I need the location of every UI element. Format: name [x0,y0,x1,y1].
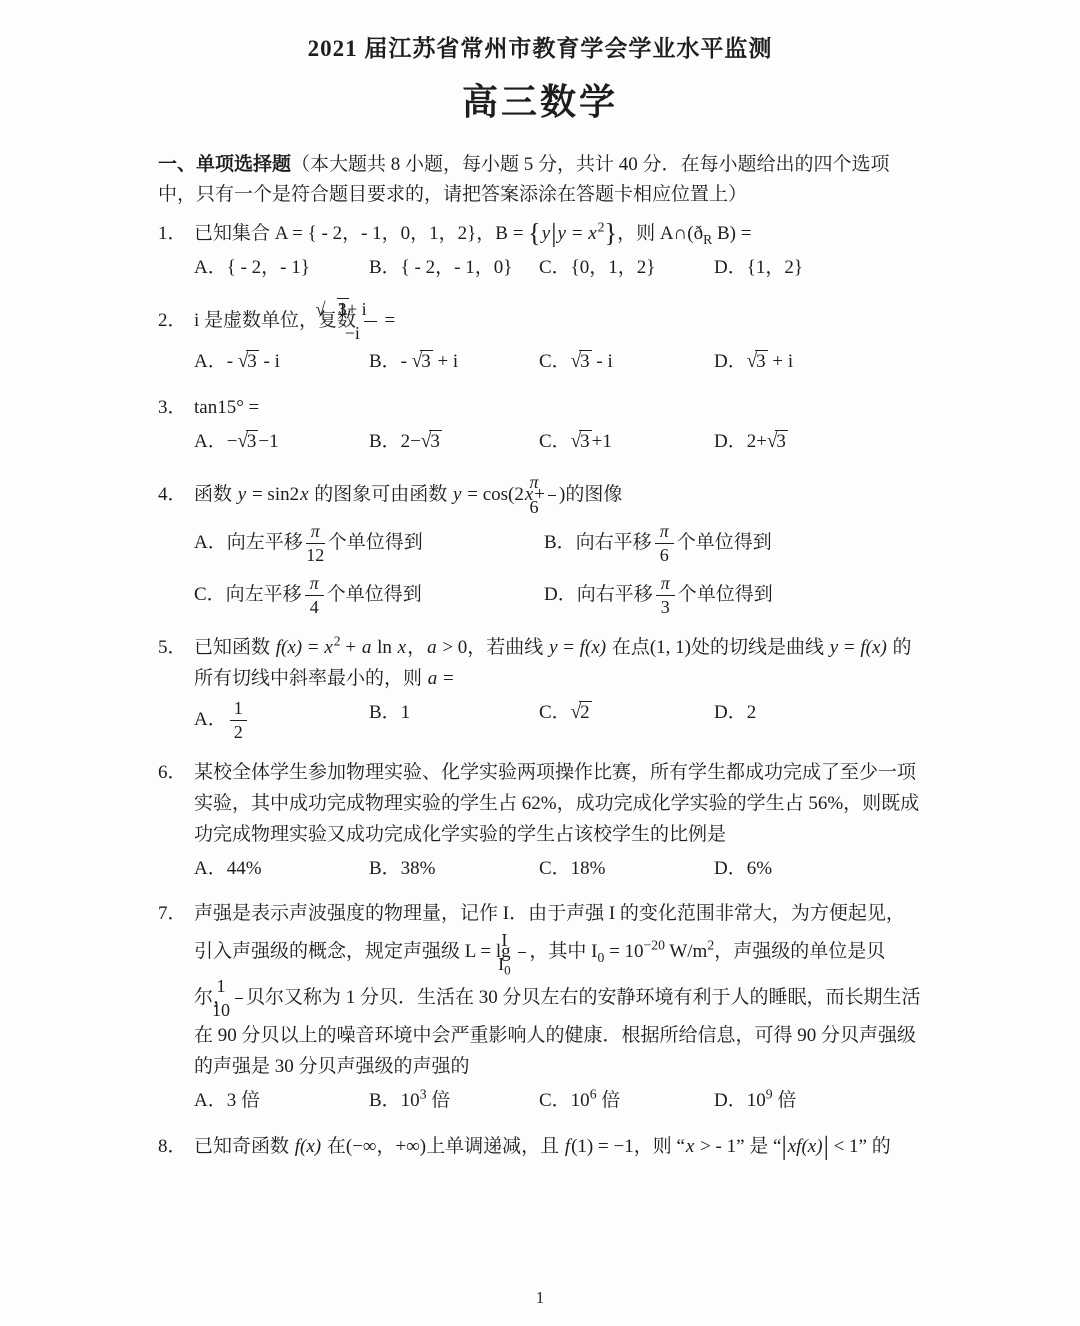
option-a: A．3 倍 [194,1086,369,1117]
question-3-options: A．−√3−1 B．2−√3 C．√3+1 D．2+√3 [158,427,922,458]
option-d: D．109 倍 [714,1086,922,1117]
question-number: 6． [158,758,194,789]
question-stem: 已知集合 A = { - 2，- 1，0，1，2}，B = {y|y = x2}… [194,223,751,244]
option-b: B．103 倍 [369,1086,539,1117]
option-c: C．√3+1 [539,427,714,458]
question-2-options: A．- √3 - i B．- √3 + i C．√3 - i D．√3 + i [158,347,922,378]
exam-paper-page: 2021 届江苏省常州市教育学会学业水平监测 高三数学 一、单项选择题（本大题共… [0,0,1080,1326]
option-b: B．1 [369,698,539,744]
option-d: D．{1，2} [714,253,922,284]
question-stem: 函数 y = sin2x 的图象可由函数 y = cos(2x+π6)的图像 [194,484,622,505]
question-6-stem-row: 6．某校全体学生参加物理实验、化学实验两项操作比赛，所有学生都成功完成了至少一项… [158,758,922,850]
exam-title: 2021 届江苏省常州市教育学会学业水平监测 [158,30,922,67]
option-c: C．{0，1，2} [539,253,714,284]
questions-list: 1．已知集合 A = { - 2，- 1，0，1，2}，B = {y|y = x… [158,219,922,1162]
option-b: B．38% [369,854,539,885]
question-number: 1． [158,219,194,250]
question-6-options: A．44% B．38% C．18% D．6% [158,854,922,885]
option-a: A．12 [194,698,369,744]
option-c: C．向左平移π4个单位得到 [194,573,544,619]
question-7-options: A．3 倍 B．103 倍 C．106 倍 D．109 倍 [158,1086,922,1117]
question-2-stem-row: 2．i 是虚数单位，复数 1+ √3i−i = [158,299,922,345]
option-a: A．向左平移π12个单位得到 [194,521,544,567]
page-number: 1 [536,1288,545,1307]
question-stem: 已知函数 f(x) = x2 + a ln x，a > 0，若曲线 y = f(… [194,637,912,689]
option-c: C．106 倍 [539,1086,714,1117]
section-heading: 一、单项选择题（本大题共 8 小题，每小题 5 分，共计 40 分．在每小题给出… [158,150,922,212]
question-stem: 声强是表示声波强度的物理量，记作 I．由于声强 I 的变化范围非常大，为方便起见… [194,903,921,1077]
option-c: C．√2 [539,698,714,744]
option-d: D．2+√3 [714,427,922,458]
question-1-options: A．{ - 2，- 1} B．{ - 2，- 1，0} C．{0，1，2} D．… [158,253,922,284]
question-2: 2．i 是虚数单位，复数 1+ √3i−i = A．- √3 - i B．- √… [158,299,922,378]
option-a: A．- √3 - i [194,347,369,378]
option-b: B．向右平移π6个单位得到 [544,521,922,567]
option-c: C．√3 - i [539,347,714,378]
option-b: B．- √3 + i [369,347,539,378]
option-d: D．√3 + i [714,347,922,378]
option-d: D．6% [714,854,922,885]
question-stem: i 是虚数单位，复数 1+ √3i−i = [194,310,395,331]
question-5: 5．已知函数 f(x) = x2 + a ln x，a > 0，若曲线 y = … [158,633,922,743]
question-number: 7． [158,899,194,930]
question-6: 6．某校全体学生参加物理实验、化学实验两项操作比赛，所有学生都成功完成了至少一项… [158,758,922,884]
question-number: 2． [158,306,194,337]
question-stem: 某校全体学生参加物理实验、化学实验两项操作比赛，所有学生都成功完成了至少一项实验… [194,762,919,845]
question-4-options: A．向左平移π12个单位得到 B．向右平移π6个单位得到 C．向左平移π4个单位… [158,521,922,618]
question-3-stem-row: 3．tan15° = [158,393,922,424]
question-stem: 已知奇函数 f(x) 在(−∞，+∞)上单调递减，且 f(1) = −1，则 “… [194,1136,891,1157]
question-stem: tan15° = [194,397,259,418]
question-number: 4． [158,480,194,511]
option-c: C．18% [539,854,714,885]
option-a: A．{ - 2，- 1} [194,253,369,284]
question-8-stem-row: 8．已知奇函数 f(x) 在(−∞，+∞)上单调递减，且 f(1) = −1，则… [158,1132,922,1163]
question-number: 3． [158,393,194,424]
question-3: 3．tan15° = A．−√3−1 B．2−√3 C．√3+1 D．2+√3 [158,393,922,458]
option-b: B．{ - 2，- 1，0} [369,253,539,284]
question-4: 4．函数 y = sin2x 的图象可由函数 y = cos(2x+π6)的图像… [158,472,922,618]
option-a: A．−√3−1 [194,427,369,458]
question-5-options: A．12 B．1 C．√2 D．2 [158,698,922,744]
question-7-stem-row: 7．声强是表示声波强度的物理量，记作 I．由于声强 I 的变化范围非常大，为方便… [158,899,922,1082]
exam-subject: 高三数学 [158,73,922,131]
option-d: D．向右平移π3个单位得到 [544,573,922,619]
page-footer: 1 [0,1284,1080,1312]
question-number: 5． [158,633,194,664]
section-title: 一、单项选择题 [158,154,291,175]
question-1: 1．已知集合 A = { - 2，- 1，0，1，2}，B = {y|y = x… [158,219,922,284]
question-5-stem-row: 5．已知函数 f(x) = x2 + a ln x，a > 0，若曲线 y = … [158,633,922,695]
option-d: D．2 [714,698,922,744]
question-8: 8．已知奇函数 f(x) 在(−∞，+∞)上单调递减，且 f(1) = −1，则… [158,1132,922,1163]
option-a: A．44% [194,854,369,885]
question-7: 7．声强是表示声波强度的物理量，记作 I．由于声强 I 的变化范围非常大，为方便… [158,899,922,1116]
question-1-stem-row: 1．已知集合 A = { - 2，- 1，0，1，2}，B = {y|y = x… [158,219,922,250]
question-number: 8． [158,1132,194,1163]
option-b: B．2−√3 [369,427,539,458]
question-4-stem-row: 4．函数 y = sin2x 的图象可由函数 y = cos(2x+π6)的图像 [158,472,922,518]
